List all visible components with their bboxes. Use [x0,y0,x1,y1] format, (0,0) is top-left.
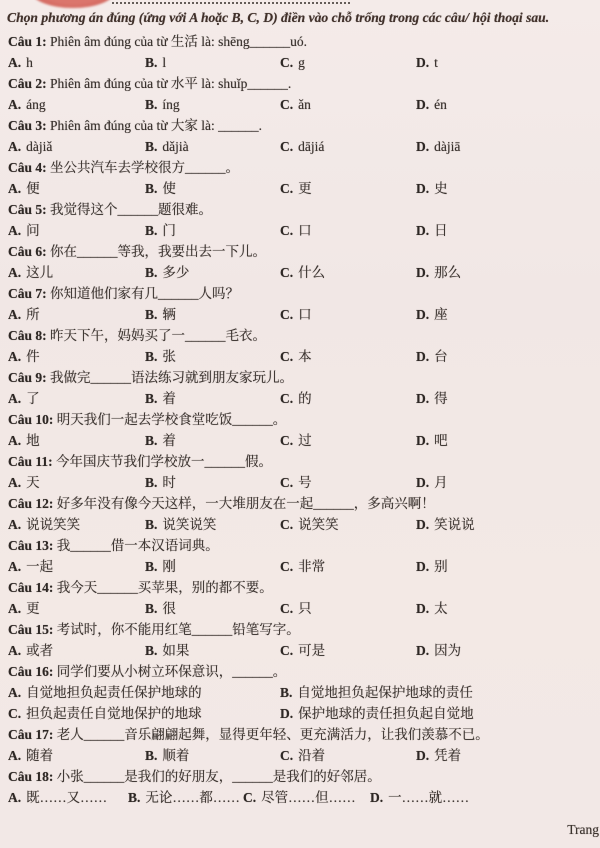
question-line: Câu 18: 小张______是我们的好朋友，______是我们的好邻居。 [8,766,600,787]
option: A.一起 [8,556,145,577]
option: B.dǎjià [145,136,280,157]
option-key: C. [280,97,293,112]
option-key: C. [280,748,293,763]
option-key: C. [280,139,293,154]
option-text: 这儿 [26,265,53,280]
option-text: 的 [298,391,312,406]
option-key: C. [243,790,256,805]
question-line: Câu 13: 我______借一本汉语词典。 [8,535,600,556]
option: C.dājiá [280,136,416,157]
option: A.件 [8,346,145,367]
option-row: A.hB.lC.gD.t [8,52,600,73]
option-key: B. [145,433,157,448]
option: B.着 [145,388,280,409]
option-text: 辆 [162,307,176,322]
option-text: 问 [26,223,40,238]
question-label: Câu 1: [8,34,47,49]
option: C.更 [280,178,416,199]
option-text: 台 [434,349,448,364]
option-key: B. [280,685,292,700]
option-key: D. [370,790,383,805]
option-row: A.既……又……B.无论……都……C.尽管……但……D.一……就…… [8,787,600,808]
option-key: A. [8,643,21,658]
question-line: Câu 3: Phiên âm đúng của từ 大家 là: _____… [8,115,600,136]
option-row: A.随着B.顺着C.沿着D.凭着 [8,745,600,766]
option-row: A.天B.时C.号D.月 [8,472,600,493]
option: B.如果 [145,640,280,661]
question-block: Câu 14: 我今天______买苹果，别的都不要。A.更B.很C.只D.太 [8,577,600,619]
question-label: Câu 15: [8,622,53,637]
option-row: A.问B.门C.口D.日 [8,220,600,241]
question-block: Câu 15: 考试时，你不能用红笔______铅笔写字。A.或者B.如果C.可… [8,619,600,661]
option-key: D. [416,748,429,763]
question-text: Phiên âm đúng của từ 大家 là: ______. [50,118,262,133]
page-title: Chọn phương án đúng (ứng với A hoặc B, C… [7,9,600,27]
option-text: 什么 [298,265,325,280]
option-text: 既……又…… [26,790,107,805]
option-text: 件 [26,349,40,364]
option-row: A.这儿B.多少C.什么D.那么 [8,262,600,283]
question-block: Câu 7: 你知道他们家有几______人吗？A.所B.辆C.口D.座 [8,283,600,325]
option: C.只 [280,598,416,619]
option: B.无论……都…… [128,787,243,808]
option-text: 使 [162,181,176,196]
question-block: Câu 12: 好多年没有像今天这样，一大堆朋友在一起______，多高兴啊！A… [8,493,600,535]
option-text: 着 [162,433,176,448]
question-text: 我觉得这个______题很难。 [50,202,212,217]
page-footer: Trang [567,822,599,838]
question-text: 同学们要从小树立环保意识，______。 [57,664,287,679]
option-key: B. [145,475,157,490]
option: D.保护地球的责任担负起自觉地 [280,703,600,724]
question-label: Câu 14: [8,580,53,595]
question-text: 老人______音乐翩翩起舞，显得更年轻、更充满活力，让我们羡慕不已。 [57,727,489,742]
option-row: A.ángB.íngC.ǎnD.én [8,94,600,115]
option-key: D. [416,349,429,364]
option: B.时 [145,472,280,493]
option: D.凭着 [416,745,600,766]
option: C.尽管……但…… [243,787,370,808]
option-text: 凭着 [434,748,461,763]
option-text: áng [26,97,46,112]
question-text: 考试时，你不能用红笔______铅笔写字。 [57,622,300,637]
option: C.ǎn [280,94,416,115]
option-text: 时 [162,475,176,490]
question-label: Câu 9: [8,370,47,385]
option-key: A. [8,433,21,448]
option-key: D. [280,706,293,721]
option-text: l [162,55,166,70]
option-key: C. [280,391,293,406]
option-text: 很 [162,601,176,616]
question-text: Phiên âm đúng của từ 水平 là: shuǐp______. [50,76,291,91]
question-text: 今年国庆节我们学校放一______假。 [56,454,272,469]
option-text: 得 [434,391,448,406]
exam-page: Chọn phương án đúng (ứng với A hoặc B, C… [0,0,600,848]
option-text: ǎn [298,97,311,112]
option-key: B. [145,223,157,238]
question-line: Câu 2: Phiên âm đúng của từ 水平 là: shuǐp… [8,73,600,94]
question-block: Câu 6: 你在______等我，我要出去一下儿。A.这儿B.多少C.什么D.… [8,241,600,283]
option-text: g [298,55,305,70]
option-key: A. [8,265,21,280]
option-text: 更 [298,181,312,196]
question-line: Câu 6: 你在______等我，我要出去一下儿。 [8,241,600,262]
option-key: C. [280,643,293,658]
option: D.一……就…… [370,787,600,808]
option: A.áng [8,94,145,115]
option-key: A. [8,517,21,532]
option: A.所 [8,304,145,325]
question-block: Câu 1: Phiên âm đúng của từ 生活 là: shēng… [8,31,600,73]
option-text: 保护地球的责任担负起自觉地 [298,706,474,721]
question-text: 我做完______语法练习就到朋友家玩儿。 [50,370,293,385]
option: A.了 [8,388,145,409]
option-key: D. [416,139,429,154]
question-text: 坐公共汽车去学校很方______。 [50,160,239,175]
option: C.可是 [280,640,416,661]
option-text: dǎjià [162,139,188,154]
option-text: 刚 [162,559,176,574]
option: B.刚 [145,556,280,577]
option-key: D. [416,307,429,322]
option-text: 所 [26,307,40,322]
option-text: 沿着 [298,748,325,763]
option: B.多少 [145,262,280,283]
option-key: D. [416,559,429,574]
option-text: 多少 [162,265,189,280]
question-line: Câu 11: 今年国庆节我们学校放一______假。 [8,451,600,472]
option-key: D. [416,643,429,658]
question-label: Câu 16: [8,664,53,679]
option: A.说说笑笑 [8,514,145,535]
option-key: D. [416,517,429,532]
option-text: 说笑说笑 [162,517,216,532]
option: C.担负起责任自觉地保护的地球 [8,703,280,724]
option-text: 或者 [26,643,53,658]
option-key: B. [145,307,157,322]
question-block: Câu 17: 老人______音乐翩翩起舞，显得更年轻、更充满活力，让我们羡慕… [8,724,600,766]
question-text: 明天我们一起去学校食堂吃饭______。 [57,412,287,427]
option-text: dàjiǎ [26,139,52,154]
question-label: Câu 12: [8,496,53,511]
option: D.得 [416,388,600,409]
option-text: 自觉地担负起责任保护地球的 [26,685,202,700]
option-key: B. [145,517,157,532]
question-label: Câu 2: [8,76,47,91]
option: A.更 [8,598,145,619]
option-text: 说笑笑 [298,517,339,532]
option: D.别 [416,556,600,577]
option-key: C. [280,181,293,196]
option: A.地 [8,430,145,451]
option: B.顺着 [145,745,280,766]
option-key: C. [280,475,293,490]
question-label: Câu 8: [8,328,47,343]
option-text: dājiá [298,139,324,154]
option: D.吧 [416,430,600,451]
option-text: íng [162,97,179,112]
option-key: A. [8,559,21,574]
option-row: A.dàjiǎB.dǎjiàC.dājiáD.dàjiā [8,136,600,157]
option: C.过 [280,430,416,451]
option: B.很 [145,598,280,619]
option: D.太 [416,598,600,619]
question-line: Câu 14: 我今天______买苹果，别的都不要。 [8,577,600,598]
option-text: 太 [434,601,448,616]
question-text: 我______借一本汉语词典。 [57,538,219,553]
option-key: B. [145,748,157,763]
dotted-fill-line [112,2,350,4]
question-label: Câu 3: [8,118,47,133]
option-text: 担负起责任自觉地保护的地球 [26,706,202,721]
option-text: 便 [26,181,40,196]
question-block: Câu 16: 同学们要从小树立环保意识，______。A.自觉地担负起责任保护… [8,661,600,724]
option-key: D. [416,55,429,70]
option: A.自觉地担负起责任保护地球的 [8,682,280,703]
option-row: A.地B.着C.过D.吧 [8,430,600,451]
option-key: C. [280,307,293,322]
question-block: Câu 3: Phiên âm đúng của từ 大家 là: _____… [8,115,600,157]
question-line: Câu 12: 好多年没有像今天这样，一大堆朋友在一起______，多高兴啊！ [8,493,600,514]
option-key: D. [416,391,429,406]
option-text: 地 [26,433,40,448]
question-label: Câu 13: [8,538,53,553]
option-key: C. [280,559,293,574]
option: C.什么 [280,262,416,283]
option-key: A. [8,685,21,700]
option-text: 本 [298,349,312,364]
option-text: 说说笑笑 [26,517,80,532]
option-key: C. [280,517,293,532]
question-block: Câu 2: Phiên âm đúng của từ 水平 là: shuǐp… [8,73,600,115]
option: D.dàjiā [416,136,600,157]
option-text: 更 [26,601,40,616]
question-line: Câu 17: 老人______音乐翩翩起舞，显得更年轻、更充满活力，让我们羡慕… [8,724,600,745]
option-text: 因为 [434,643,461,658]
option-text: 自觉地担负起保护地球的责任 [297,685,473,700]
question-label: Câu 5: [8,202,47,217]
option-text: 天 [26,475,40,490]
option-text: 非常 [298,559,325,574]
option-key: C. [280,265,293,280]
question-label: Câu 17: [8,727,53,742]
question-line: Câu 10: 明天我们一起去学校食堂吃饭______。 [8,409,600,430]
option: B.l [145,52,280,73]
option: A.dàjiǎ [8,136,145,157]
option-key: D. [416,475,429,490]
option-text: 日 [434,223,448,238]
option-key: C. [8,706,21,721]
question-text: 好多年没有像今天这样，一大堆朋友在一起______，多高兴啊！ [57,496,435,511]
question-text: Phiên âm đúng của từ 生活 là: shēng______u… [50,34,307,49]
option-text: 尽管……但…… [261,790,356,805]
question-text: 你知道他们家有几______人吗？ [50,286,239,301]
option-key: D. [416,97,429,112]
question-block: Câu 13: 我______借一本汉语词典。A.一起B.刚C.非常D.别 [8,535,600,577]
option-key: B. [145,601,157,616]
option-row: A.一起B.刚C.非常D.别 [8,556,600,577]
option-key: B. [145,265,157,280]
question-line: Câu 9: 我做完______语法练习就到朋友家玩儿。 [8,367,600,388]
option-text: 号 [298,475,312,490]
option: B.张 [145,346,280,367]
option-row: A.便B.使C.更D.史 [8,178,600,199]
option-text: 一起 [26,559,53,574]
option-text: 别 [434,559,448,574]
option-key: A. [8,181,21,196]
option-text: 口 [298,307,312,322]
option-key: A. [8,748,21,763]
option: B.门 [145,220,280,241]
question-label: Câu 10: [8,412,53,427]
option-text: 史 [434,181,448,196]
option: C.口 [280,220,416,241]
option: C.本 [280,346,416,367]
option: D.座 [416,304,600,325]
option: B.使 [145,178,280,199]
question-text: 昨天下午，妈妈买了一______毛衣。 [50,328,266,343]
option: C.的 [280,388,416,409]
option: A.这儿 [8,262,145,283]
question-line: Câu 4: 坐公共汽车去学校很方______。 [8,157,600,178]
option-key: B. [145,559,157,574]
option-text: én [434,97,447,112]
option-key: A. [8,790,21,805]
question-label: Câu 18: [8,769,53,784]
option-text: 一……就…… [388,790,469,805]
question-block: Câu 18: 小张______是我们的好朋友，______是我们的好邻居。A.… [8,766,600,808]
option-text: 张 [162,349,176,364]
option-key: A. [8,475,21,490]
question-text: 我今天______买苹果，别的都不要。 [57,580,273,595]
question-block: Câu 5: 我觉得这个______题很难。A.问B.门C.口D.日 [8,199,600,241]
option-key: C. [280,433,293,448]
option: A.既……又…… [8,787,128,808]
option: C.号 [280,472,416,493]
option-text: h [26,55,33,70]
option-key: C. [280,601,293,616]
option-text: 着 [162,391,176,406]
question-block: Câu 9: 我做完______语法练习就到朋友家玩儿。A.了B.着C.的D.得 [8,367,600,409]
option: A.或者 [8,640,145,661]
option-text: t [434,55,438,70]
option: A.h [8,52,145,73]
option-text: 可是 [298,643,325,658]
red-stamp-mark [31,0,115,8]
option-text: 座 [434,307,448,322]
option-text: 随着 [26,748,53,763]
option-row: A.或者B.如果C.可是D.因为 [8,640,600,661]
option: C.非常 [280,556,416,577]
option: C.g [280,52,416,73]
option-key: A. [8,139,21,154]
question-block: Câu 11: 今年国庆节我们学校放一______假。A.天B.时C.号D.月 [8,451,600,493]
question-text: 你在______等我，我要出去一下儿。 [50,244,266,259]
question-block: Câu 4: 坐公共汽车去学校很方______。A.便B.使C.更D.史 [8,157,600,199]
option: C.沿着 [280,745,416,766]
option-key: A. [8,97,21,112]
option-row: A.件B.张C.本D.台 [8,346,600,367]
option: A.问 [8,220,145,241]
option-key: B. [145,391,157,406]
option: C.说笑笑 [280,514,416,535]
question-label: Câu 6: [8,244,47,259]
option: A.随着 [8,745,145,766]
question-block: Câu 10: 明天我们一起去学校食堂吃饭______。A.地B.着C.过D.吧 [8,409,600,451]
option-key: A. [8,601,21,616]
option-key: B. [128,790,140,805]
option-text: 顺着 [162,748,189,763]
option: B.íng [145,94,280,115]
option: D.笑说说 [416,514,600,535]
option-key: B. [145,349,157,364]
option-key: B. [145,181,157,196]
option-text: 门 [162,223,176,238]
option: D.月 [416,472,600,493]
option: A.便 [8,178,145,199]
option-text: 了 [26,391,40,406]
option: B.着 [145,430,280,451]
option: D.én [416,94,600,115]
option: B.辆 [145,304,280,325]
option: D.因为 [416,640,600,661]
option: B.说笑说笑 [145,514,280,535]
option-text: 如果 [162,643,189,658]
option-row: A.说说笑笑B.说笑说笑C.说笑笑D.笑说说 [8,514,600,535]
option-key: D. [416,601,429,616]
option-text: 口 [298,223,312,238]
option-key: A. [8,349,21,364]
option-row: A.更B.很C.只D.太 [8,598,600,619]
option: D.史 [416,178,600,199]
question-line: Câu 15: 考试时，你不能用红笔______铅笔写字。 [8,619,600,640]
question-line: Câu 5: 我觉得这个______题很难。 [8,199,600,220]
option: D.t [416,52,600,73]
option-key: D. [416,265,429,280]
option-text: 过 [298,433,312,448]
option-text: dàjiā [434,139,460,154]
question-label: Câu 11: [8,454,53,469]
option-text: 无论……都…… [145,790,240,805]
option-key: B. [145,139,157,154]
option-text: 那么 [434,265,461,280]
option: B.自觉地担负起保护地球的责任 [280,682,600,703]
question-label: Câu 7: [8,286,47,301]
option-key: C. [280,349,293,364]
option-key: B. [145,55,157,70]
option-text: 笑说说 [434,517,475,532]
option-key: A. [8,391,21,406]
option-key: D. [416,181,429,196]
option: A.天 [8,472,145,493]
option-key: C. [280,223,293,238]
question-text: 小张______是我们的好朋友，______是我们的好邻居。 [57,769,381,784]
option: D.日 [416,220,600,241]
option: D.台 [416,346,600,367]
option-key: B. [145,643,157,658]
question-line: Câu 16: 同学们要从小树立环保意识，______。 [8,661,600,682]
option-text: 月 [434,475,448,490]
option-key: A. [8,223,21,238]
option-text: 只 [298,601,312,616]
option: D.那么 [416,262,600,283]
question-line: Câu 1: Phiên âm đúng của từ 生活 là: shēng… [8,31,600,52]
option-row: A.自觉地担负起责任保护地球的B.自觉地担负起保护地球的责任C.担负起责任自觉地… [8,682,600,724]
question-list: Câu 1: Phiên âm đúng của từ 生活 là: shēng… [8,31,600,808]
question-line: Câu 7: 你知道他们家有几______人吗？ [8,283,600,304]
question-line: Câu 8: 昨天下午，妈妈买了一______毛衣。 [8,325,600,346]
